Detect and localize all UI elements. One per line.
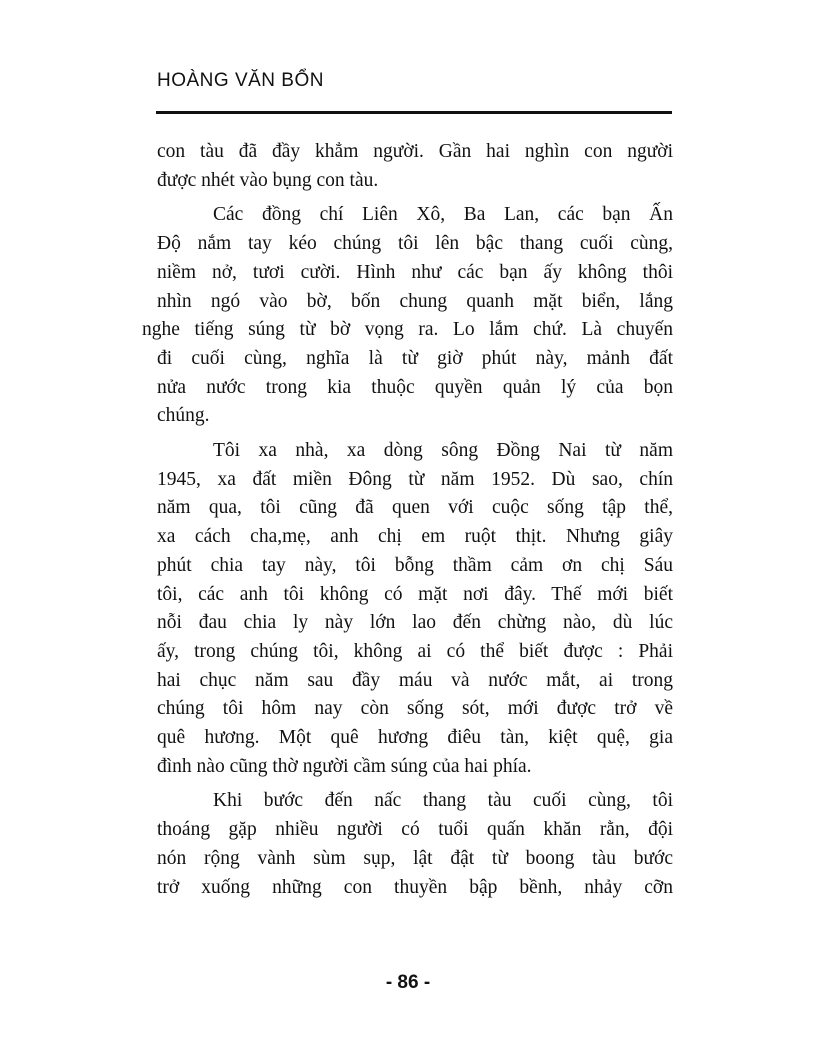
text-line: niềm nở, tươi cười. Hình như các bạn ấy … xyxy=(157,259,673,288)
text-line: phút chia tay này, tôi bỗng thầm cảm ơn … xyxy=(157,552,673,581)
running-header-author: HOÀNG VĂN BỔN xyxy=(157,70,324,92)
text-line: Tôi xa nhà, xa dòng sông Đồng Nai từ năm xyxy=(157,437,673,466)
text-line: năm qua, tôi cũng đã quen với cuộc sống … xyxy=(157,494,673,523)
text-line: nửa nước trong kia thuộc quyền quản lý c… xyxy=(157,374,673,403)
text-line: Khi bước đến nấc thang tàu cuối cùng, tô… xyxy=(157,787,673,816)
text-line: nhìn ngó vào bờ, bốn chung quanh mặt biể… xyxy=(157,288,673,317)
text-line: nghe tiếng súng từ bờ vọng ra. Lo lắm ch… xyxy=(142,316,673,345)
text-line: trở xuống những con thuyền bập bềnh, nhả… xyxy=(157,874,673,903)
text-line: thoáng gặp nhiều người có tuổi quấn khăn… xyxy=(157,816,673,845)
text-line: 1945, xa đất miền Đông từ năm 1952. Dù s… xyxy=(157,466,673,495)
text-line: ấy, trong chúng tôi, không ai có thể biế… xyxy=(157,638,673,667)
text-line: Độ nắm tay kéo chúng tôi lên bậc thang c… xyxy=(157,230,673,259)
text-line: chúng tôi hôm nay còn sống sót, mới được… xyxy=(157,695,673,724)
text-line: đi cuối cùng, nghĩa là từ giờ phút này, … xyxy=(157,345,673,374)
paragraph-4: Khi bước đến nấc thang tàu cuối cùng, tô… xyxy=(157,787,673,902)
text-line: chúng. xyxy=(157,402,673,431)
text-line: xa cách cha,mẹ, anh chị em ruột thịt. Nh… xyxy=(157,523,673,552)
text-line: con tàu đã đầy khẳm người. Gần hai nghìn… xyxy=(157,138,673,167)
text-line: Các đồng chí Liên Xô, Ba Lan, các bạn Ấn xyxy=(157,201,673,230)
text-line: quê hương. Một quê hương điêu tàn, kiệt … xyxy=(157,724,673,753)
text-line: nón rộng vành sùm sụp, lật đật từ boong … xyxy=(157,845,673,874)
header-rule xyxy=(156,111,672,114)
text-line: tôi, các anh tôi không có mặt nơi đây. T… xyxy=(157,581,673,610)
text-line: hai chục năm sau đầy máu và nước mắt, ai… xyxy=(157,667,673,696)
body-text: con tàu đã đầy khẳm người. Gần hai nghìn… xyxy=(157,138,673,902)
paragraph-3: Tôi xa nhà, xa dòng sông Đồng Nai từ năm… xyxy=(157,437,673,781)
text-line: được nhét vào bụng con tàu. xyxy=(157,167,673,196)
paragraph-2: Các đồng chí Liên Xô, Ba Lan, các bạn Ấn… xyxy=(157,201,673,431)
text-line: nỗi đau chia ly này lớn lao đến chừng nà… xyxy=(157,609,673,638)
text-line: đình nào cũng thờ người cầm súng của hai… xyxy=(157,753,673,782)
page-number: - 86 - xyxy=(0,972,816,994)
paragraph-1: con tàu đã đầy khẳm người. Gần hai nghìn… xyxy=(157,138,673,195)
